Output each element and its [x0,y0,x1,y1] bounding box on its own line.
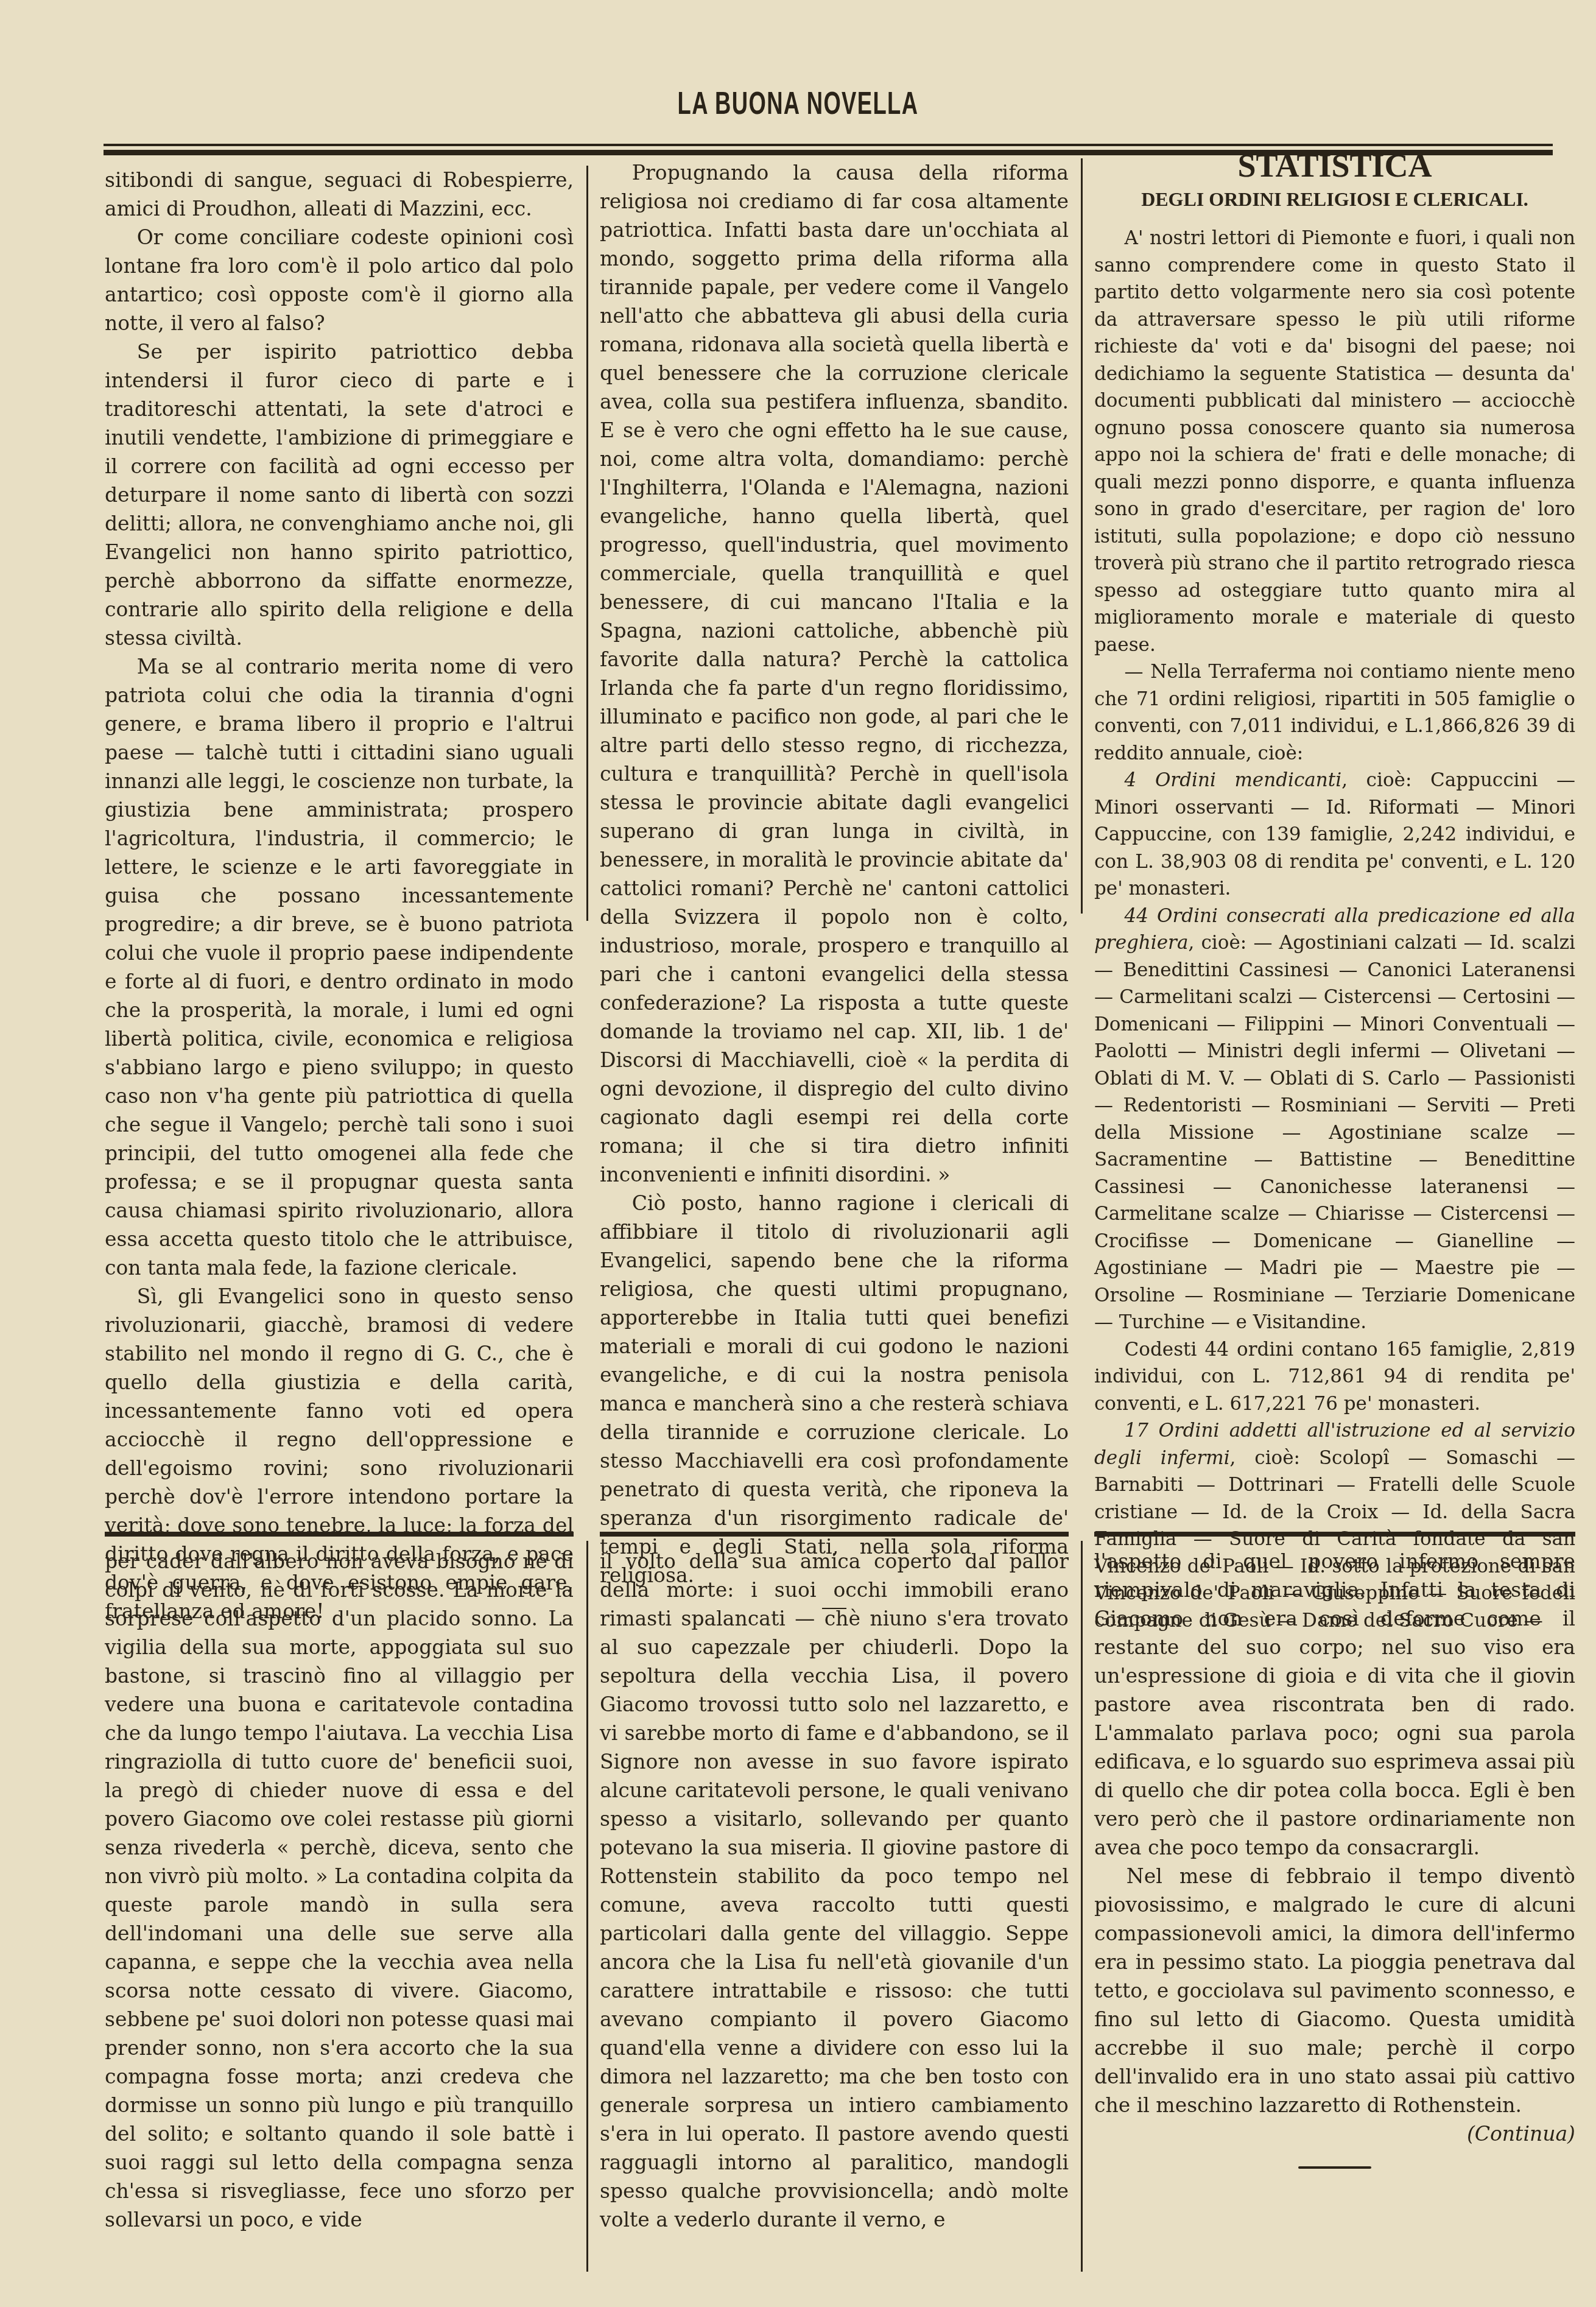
column-divider [586,166,588,921]
paragraph: A' nostri lettori di Piemonte e fuori, i… [1094,225,1575,658]
paragraph: Se per ispirito patriottico debba intend… [105,337,574,652]
section-rule [1094,1532,1575,1537]
paragraph: Propugnando la causa della riforma relig… [600,158,1069,1189]
header-rule [104,144,1553,146]
feuilleton-column-3: l'aspetto di quel povero infermo sempre … [1094,1547,1575,2169]
column-3: STATISTICA DEGLI ORDINI RELIGIOSI E CLER… [1094,152,1575,1634]
column-divider [1081,1541,1083,2272]
ornament-divider [1298,2166,1371,2169]
paragraph: per cader dall'albero non aveva bisogno … [105,1547,574,2234]
paragraph: Ciò posto, hanno ragione i clericali di … [600,1189,1069,1590]
paragraph: sitibondi di sangue, seguaci di Robespie… [105,166,574,223]
continued-note: (Continua) [1094,2119,1575,2148]
category-label: 4 Ordini mendicanti [1125,769,1342,791]
article-subtitle: DEGLI ORDINI RELIGIOSI E CLERICALI. [1094,186,1575,213]
paragraph: Or come conciliare codeste opinioni così… [105,223,574,337]
paragraph: 44 Ordini consecrati alla predicazione e… [1094,903,1575,1336]
article-title: STATISTICA [1094,152,1575,180]
paragraph: Ma se al contrario merita nome di vero p… [105,652,574,1282]
paragraph: il volto della sua amica coperto dal pal… [600,1547,1069,2234]
paragraph-text: , cioè: — Agostiniani calzati — Id. scal… [1094,932,1575,1333]
paragraph: l'aspetto di quel povero infermo sempre … [1094,1547,1575,1862]
section-rule [105,1532,574,1537]
column-divider [586,1541,588,2272]
paragraph: Codesti 44 ordini contano 165 famiglie, … [1094,1336,1575,1418]
column-1: sitibondi di sangue, seguaci di Robespie… [105,166,574,1625]
masthead: LA BUONA NOVELLA [239,85,1357,122]
paragraph: 4 Ordini mendicanti, cioè: Cappuccini — … [1094,767,1575,903]
column-divider [1081,158,1083,914]
feuilleton-column-1: per cader dall'albero non aveva bisogno … [105,1547,574,2234]
section-rule [600,1532,1069,1537]
feuilleton-column-2: il volto della sua amica coperto dal pal… [600,1547,1069,2234]
column-2: Propugnando la causa della riforma relig… [600,158,1069,1609]
paragraph: — Nella Terraferma noi contiamo niente m… [1094,658,1575,767]
paragraph: Nel mese di febbraio il tempo diventò pi… [1094,1862,1575,2119]
